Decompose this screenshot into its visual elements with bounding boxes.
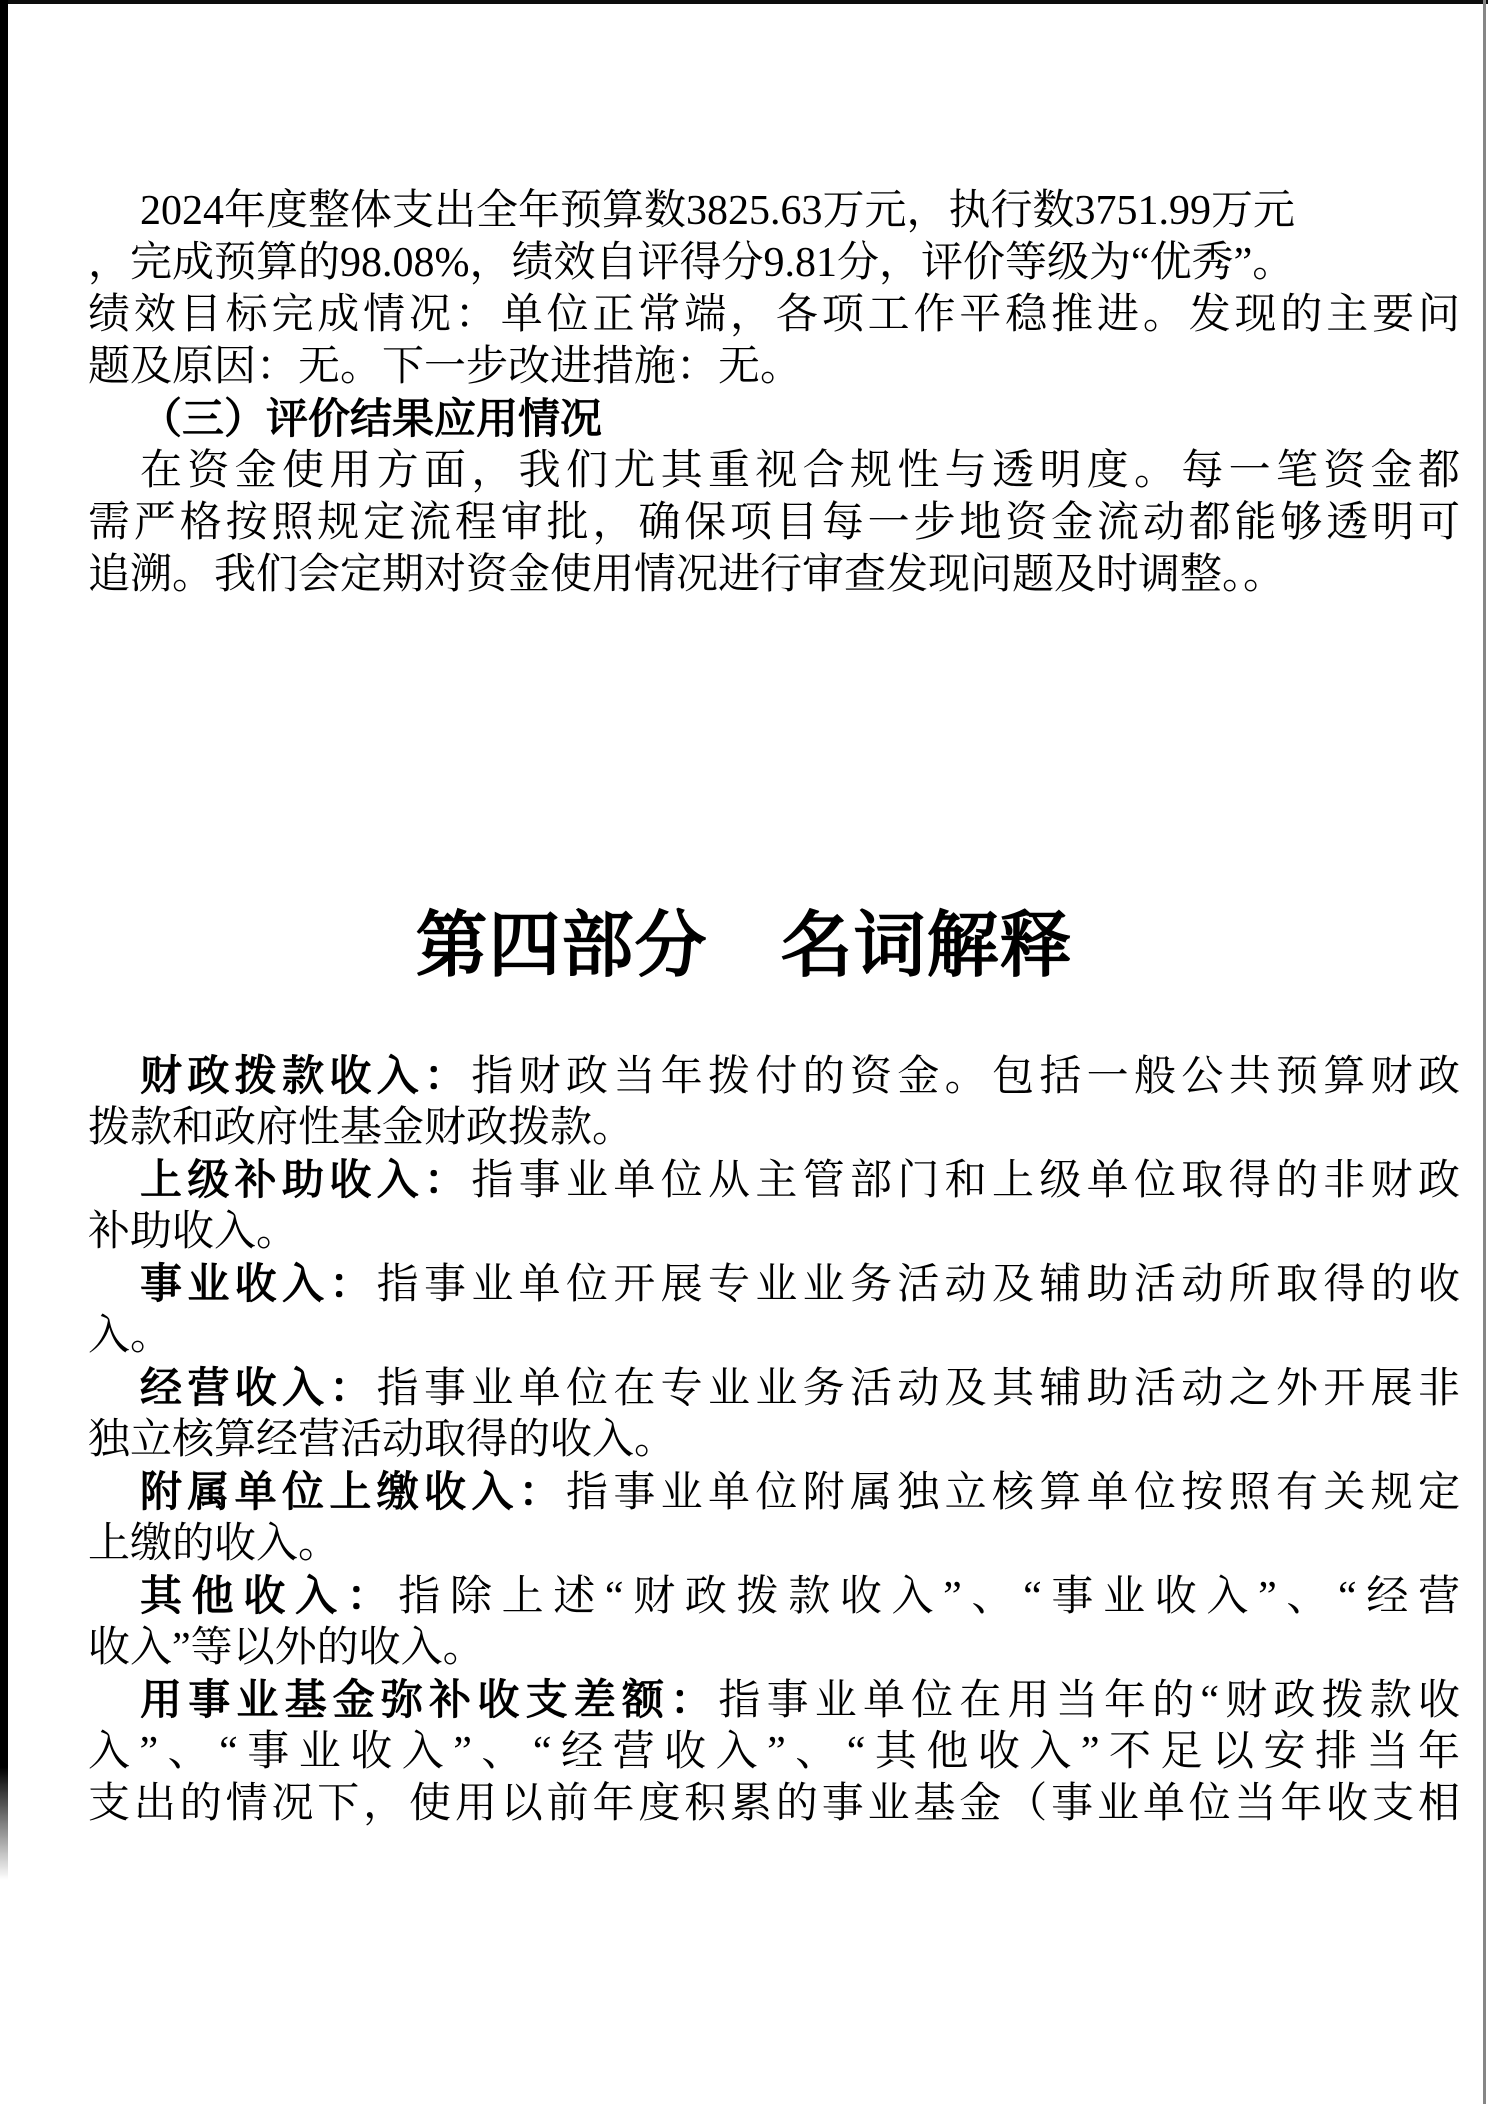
text-segment: 入”、“事业收入”、“经营收入”、“其他收入”不足以安排当年 <box>88 1729 1460 1775</box>
bold-term: 附属单位上缴收入： <box>140 1468 566 1515</box>
glossary-line: 拨款和政府性基金财政拨款。 <box>88 1102 1460 1154</box>
glossary-line: 经营收入：指事业单位在专业业务活动及其辅助活动之外开展非 <box>88 1362 1460 1414</box>
bold-term: 财政拨款收入： <box>140 1052 471 1099</box>
summary-line: 2024年度整体支出全年预算数3825.63万元，执行数3751.99万元 <box>88 185 1460 237</box>
glossary-line: 上缴的收入。 <box>88 1518 1460 1570</box>
text-segment: 补助收入。 <box>88 1209 298 1255</box>
scan-edge-top <box>0 0 1488 4</box>
glossary-line: 财政拨款收入：指财政当年拨付的资金。包括一般公共预算财政 <box>88 1050 1460 1102</box>
glossary-line: 事业收入：指事业单位开展专业业务活动及辅助活动所取得的收 <box>88 1258 1460 1310</box>
text-segment: 支出的情况下，使用以前年度积累的事业基金（事业单位当年收支相 <box>88 1781 1460 1827</box>
usage-line: 需严格按照规定流程审批，确保项目每一步地资金流动都能够透明可 <box>88 497 1460 549</box>
usage-line: 追溯。我们会定期对资金使用情况进行审查发现问题及时调整。。 <box>88 549 1460 601</box>
text-segment: 上缴的收入。 <box>88 1521 340 1567</box>
glossary-line: 附属单位上缴收入：指事业单位附属独立核算单位按照有关规定 <box>88 1466 1460 1518</box>
text-segment: 指事业单位在专业业务活动及其辅助活动之外开展非 <box>377 1366 1460 1412</box>
bold-term: 事业收入： <box>140 1260 377 1307</box>
bold-term: 用事业基金弥补收支差额： <box>140 1676 718 1723</box>
usage-line: 在资金使用方面，我们尤其重视合规性与透明度。每一笔资金都 <box>88 445 1460 497</box>
page: { "section_performance": { "summary_line… <box>0 0 1488 2104</box>
summary-line: 题及原因：无。下一步改进措施：无。 <box>88 341 1460 393</box>
text-segment: 入。 <box>88 1313 172 1359</box>
text-segment: 指除上述“财政拨款收入”、“事业收入”、“经营 <box>398 1574 1460 1620</box>
glossary-line: 独立核算经营活动取得的收入。 <box>88 1414 1460 1466</box>
part4-title: 第四部分 名词解释 <box>0 905 1488 985</box>
text-segment: 独立核算经营活动取得的收入。 <box>88 1417 676 1463</box>
glossary-line: 上级补助收入：指事业单位从主管部门和上级单位取得的非财政 <box>88 1154 1460 1206</box>
glossary-line: 入。 <box>88 1310 1460 1362</box>
summary-line: 绩效目标完成情况：单位正常端，各项工作平稳推进。发现的主要问 <box>88 289 1460 341</box>
text-segment: 指财政当年拨付的资金。包括一般公共预算财政 <box>471 1054 1460 1100</box>
text-segment: 题及原因：无。下一步改进措施：无。 <box>88 344 802 390</box>
summary-line: ，完成预算的98.08%，绩效自评得分9.81分，评价等级为“优秀”。 <box>88 237 1460 289</box>
text-segment: 指事业单位附属独立核算单位按照有关规定 <box>566 1470 1460 1516</box>
text-segment: 指事业单位在用当年的“财政拨款收 <box>718 1678 1460 1724</box>
text-segment: 追溯。我们会定期对资金使用情况进行审查发现问题及时调整。。 <box>88 552 1285 598</box>
text-segment: 指事业单位从主管部门和上级单位取得的非财政 <box>471 1158 1460 1204</box>
text-segment: 指事业单位开展专业业务活动及辅助活动所取得的收 <box>377 1262 1460 1308</box>
text-segment: 2024年度整体支出全年预算数3825.63万元，执行数3751.99万元 <box>140 188 1295 234</box>
glossary-line: 其他收入：指除上述“财政拨款收入”、“事业收入”、“经营 <box>88 1570 1460 1622</box>
text-segment: 收入”等以外的收入。 <box>88 1625 485 1671</box>
bold-term: 其他收入： <box>140 1572 398 1619</box>
text-segment: 在资金使用方面，我们尤其重视合规性与透明度。每一笔资金都 <box>140 448 1460 494</box>
performance-section: 2024年度整体支出全年预算数3825.63万元，执行数3751.99万元，完成… <box>88 185 1460 601</box>
glossary-line: 支出的情况下，使用以前年度积累的事业基金（事业单位当年收支相 <box>88 1778 1460 1830</box>
glossary-line: 收入”等以外的收入。 <box>88 1622 1460 1674</box>
glossary-line: 入”、“事业收入”、“经营收入”、“其他收入”不足以安排当年 <box>88 1726 1460 1778</box>
text-segment: 需严格按照规定流程审批，确保项目每一步地资金流动都能够透明可 <box>88 500 1460 546</box>
bold-term: 经营收入： <box>140 1364 377 1411</box>
text-segment: ，完成预算的98.08%，绩效自评得分9.81分，评价等级为“优秀”。 <box>88 240 1294 286</box>
text-segment: 绩效目标完成情况：单位正常端，各项工作平稳推进。发现的主要问 <box>88 292 1460 338</box>
glossary-section: 财政拨款收入：指财政当年拨付的资金。包括一般公共预算财政拨款和政府性基金财政拨款… <box>88 1050 1460 1830</box>
bold-term: 上级补助收入： <box>140 1156 471 1203</box>
subsection-heading: （三）评价结果应用情况 <box>88 393 1460 445</box>
glossary-line: 补助收入。 <box>88 1206 1460 1258</box>
text-segment: 拨款和政府性基金财政拨款。 <box>88 1105 634 1151</box>
bold-term: （三）评价结果应用情况 <box>140 395 602 442</box>
glossary-line: 用事业基金弥补收支差额：指事业单位在用当年的“财政拨款收 <box>88 1674 1460 1726</box>
scan-edge-right <box>1483 0 1486 2104</box>
